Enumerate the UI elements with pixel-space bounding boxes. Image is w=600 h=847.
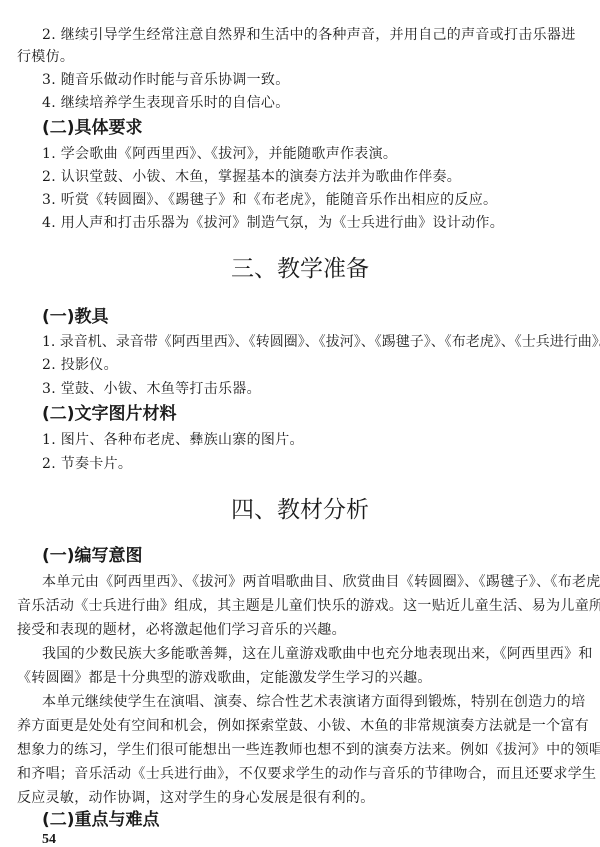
paragraph-1-line-1: 本单元由《阿西里西》、《拔河》两首唱歌曲目、欣赏曲目《转圆圈》、《踢毽子》、《布… — [42, 573, 600, 591]
paragraph-2-line-2: 《转圆圈》都是十分典型的游戏歌曲，定能激发学生学习的兴趣。 — [17, 669, 432, 687]
paragraph-3-line-5: 反应灵敏，动作协调，这对学生的身心发展是很有利的。 — [17, 789, 375, 807]
material-item-2: 2. 节奏卡片。 — [42, 455, 132, 473]
subsection-heading-specific-requirements: (二)具体要求 — [42, 118, 143, 138]
goal-item-4: 4. 继续培养学生表现音乐时的自信心。 — [42, 94, 290, 112]
paragraph-1-line-2: 音乐活动《士兵进行曲》组成，其主题是儿童们快乐的游戏。这一贴近儿童生活、易为儿童… — [17, 597, 600, 615]
subsection-heading-writing-intent: (一)编写意图 — [42, 546, 143, 566]
goal-item-2-line2: 行模仿。 — [17, 48, 74, 66]
requirement-item-3: 3. 听赏《转圆圈》、《踢毽子》和《布老虎》，能随音乐作出相应的反应。 — [42, 191, 497, 209]
teaching-aid-item-3: 3. 堂鼓、小钹、木鱼等打击乐器。 — [42, 380, 261, 398]
paragraph-3-line-1: 本单元继续使学生在演唱、演奏、综合性艺术表演诸方面得到锻炼，特别在创造力的培 — [42, 693, 585, 711]
material-item-1: 1. 图片、各种布老虎、彝族山寨的图片。 — [42, 431, 304, 449]
goal-item-2-line1: 2. 继续引导学生经常注意自然界和生活中的各种声音，并用自己的声音或打击乐器进 — [42, 26, 576, 44]
requirement-item-2: 2. 认识堂鼓、小钹、木鱼，掌握基本的演奏方法并为歌曲作伴奏。 — [42, 168, 461, 186]
paragraph-2-line-1: 我国的少数民族大多能歌善舞，这在儿童游戏歌曲中也充分地表现出来，《阿西里西》和 — [42, 645, 593, 663]
subsection-heading-key-points-difficulties: (二)重点与难点 — [42, 810, 160, 830]
section-title-material-analysis: 四、教材分析 — [0, 496, 600, 524]
requirement-item-4: 4. 用人声和打击乐器为《拔河》制造气氛，为《士兵进行曲》设计动作。 — [42, 214, 504, 232]
document-page: 2. 继续引导学生经常注意自然界和生活中的各种声音，并用自己的声音或打击乐器进 … — [0, 0, 600, 847]
paragraph-3-line-4: 和齐唱；音乐活动《士兵进行曲》，不仅要求学生的动作与音乐的节律吻合，而且还要求学… — [17, 765, 596, 783]
paragraph-3-line-3: 想象力的练习，学生们很可能想出一些连教师也想不到的演奏方法来。例如《拔河》中的领… — [17, 741, 600, 759]
paragraph-3-line-2: 养方面更是处处有空间和机会，例如探索堂鼓、小钹、木鱼的非常规演奏方法就是一个富有 — [17, 717, 589, 735]
paragraph-1-line-3: 接受和表现的题材，必将激起他们学习音乐的兴趣。 — [17, 621, 346, 639]
goal-item-3: 3. 随音乐做动作时能与音乐协调一致。 — [42, 71, 290, 89]
section-title-teaching-preparation: 三、教学准备 — [0, 255, 600, 283]
page-number: 54 — [42, 832, 56, 847]
subsection-heading-text-image-materials: (二)文字图片材料 — [42, 404, 177, 424]
subsection-heading-teaching-aids: (一)教具 — [42, 307, 109, 327]
requirement-item-1: 1. 学会歌曲《阿西里西》、《拔河》，并能随歌声作表演。 — [42, 145, 397, 163]
teaching-aid-item-1: 1. 录音机、录音带《阿西里西》、《转圆圈》、《拔河》、《踢毽子》、《布老虎》、… — [42, 333, 600, 351]
teaching-aid-item-2: 2. 投影仪。 — [42, 356, 118, 374]
